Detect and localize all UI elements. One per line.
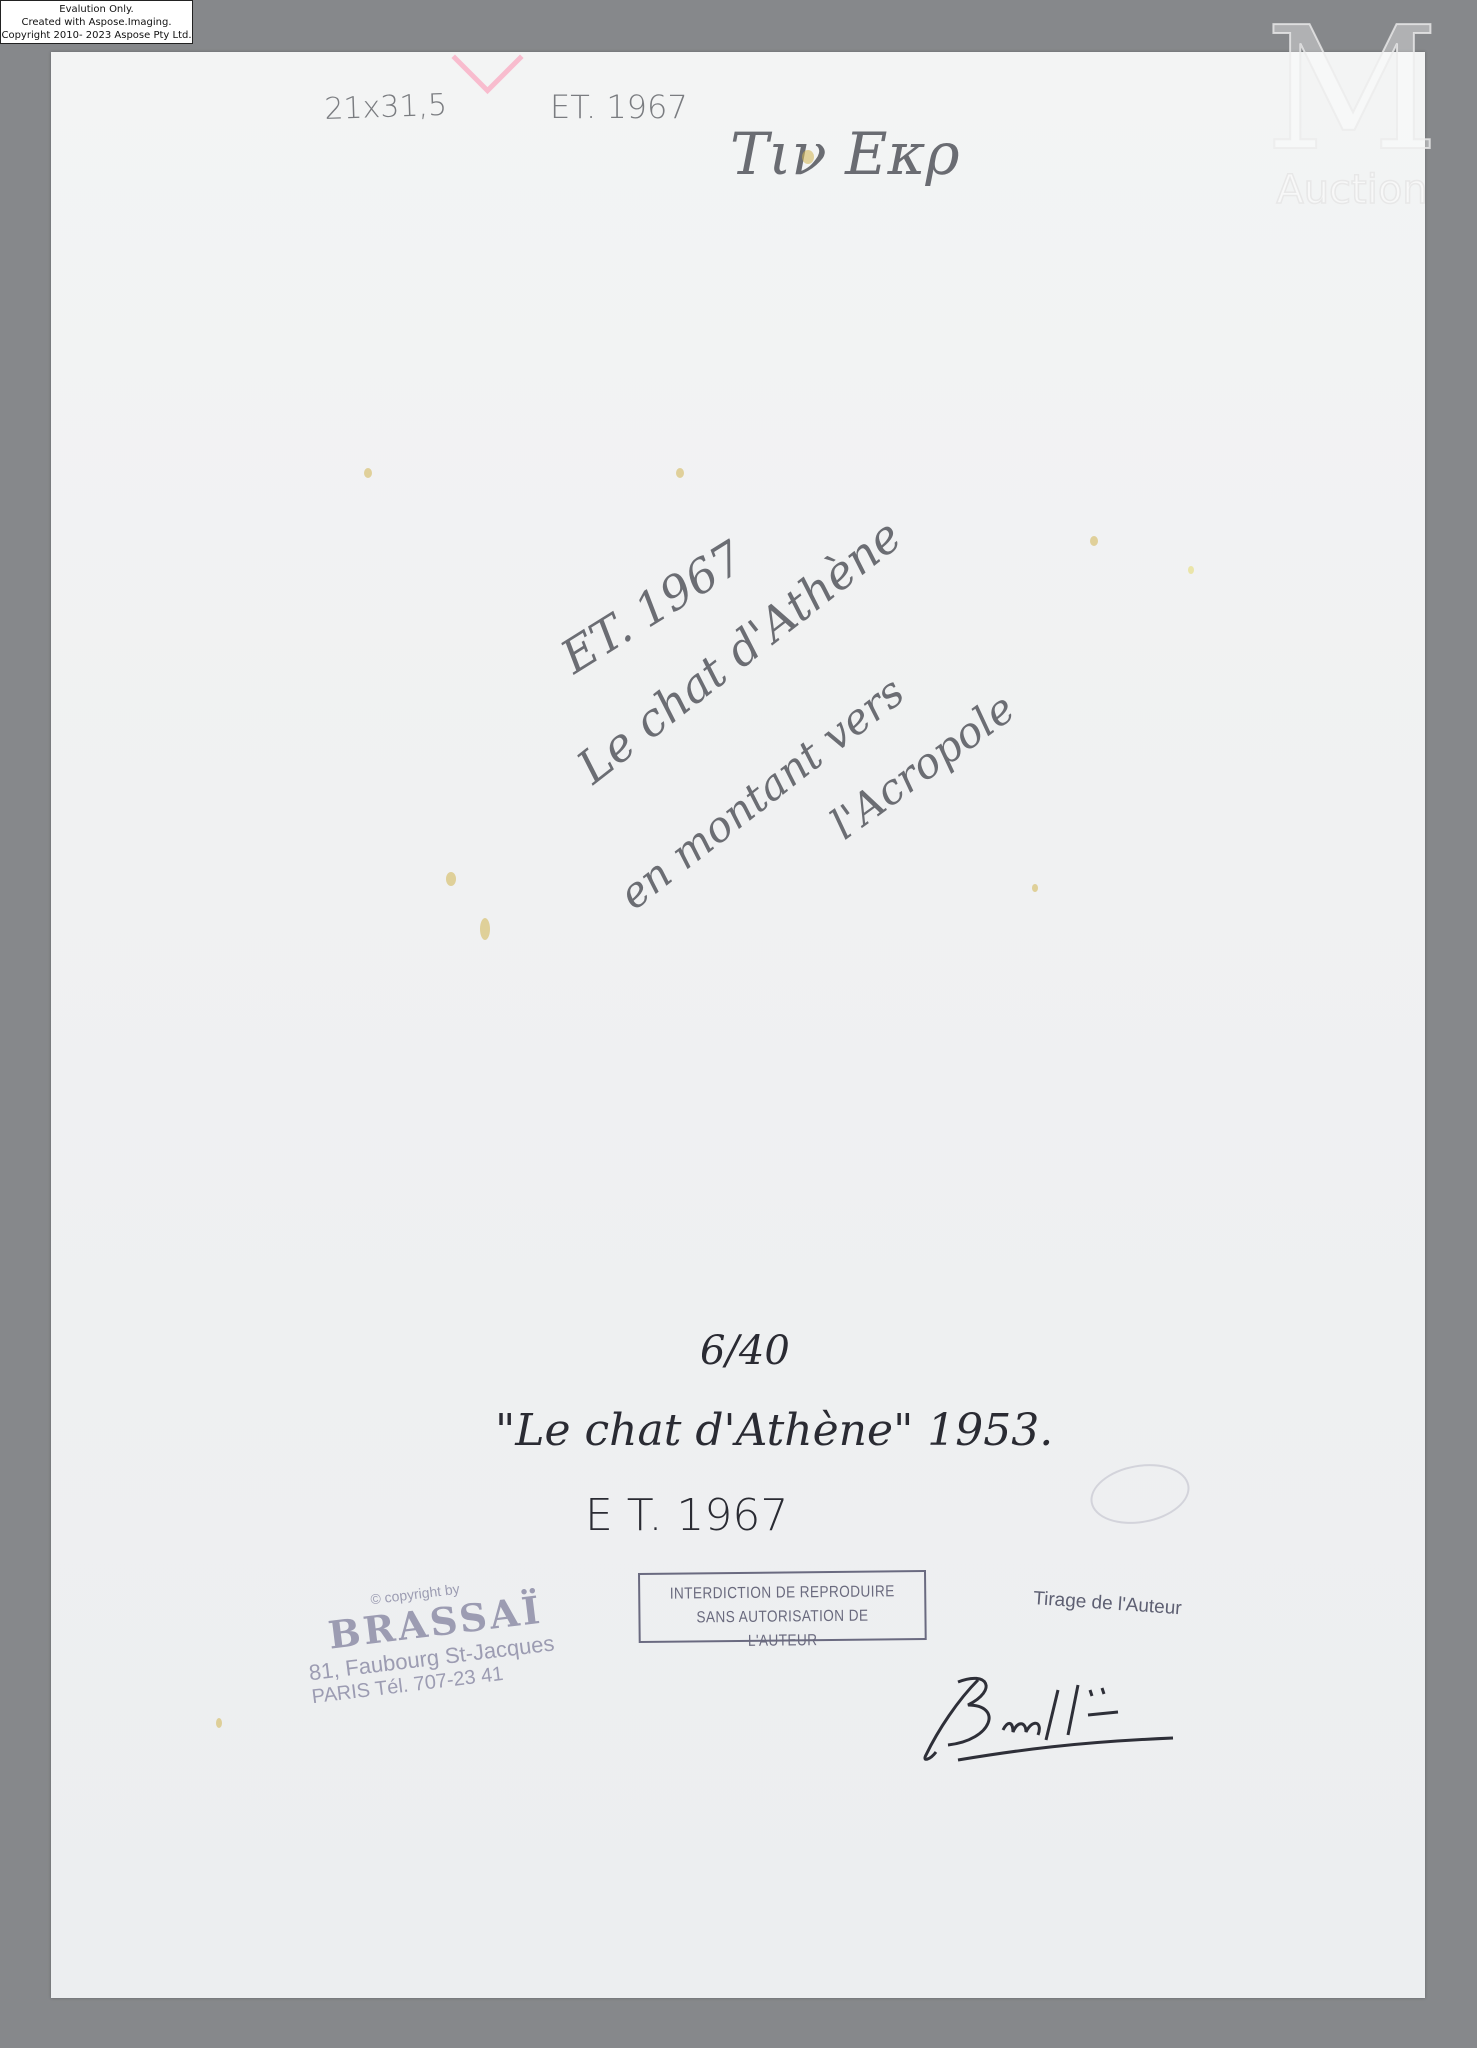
photo-back-paper — [51, 52, 1425, 1998]
paper-stain — [364, 468, 372, 478]
edition-note-bottom: E T. 1967 — [585, 1490, 788, 1541]
logo-letter: M — [1252, 10, 1452, 170]
paper-stain — [1090, 536, 1098, 546]
paper-stain — [1032, 884, 1038, 892]
dimensions-note: 21x31,5 — [324, 88, 448, 127]
brassai-signature — [918, 1660, 1178, 1770]
paper-stain — [480, 918, 490, 940]
interdiction-stamp: INTERDICTION DE REPRODUIRE SANS AUTORISA… — [638, 1570, 927, 1643]
m-auction-logo: M Auction — [1252, 10, 1452, 210]
paper-stain — [676, 468, 684, 478]
logo-word: Auction — [1252, 170, 1452, 210]
paper-stain — [802, 150, 814, 164]
watermark-line: Evalution Only. — [1, 3, 192, 16]
interdiction-line-2: SANS AUTORISATION DE L'AUTEUR — [662, 1604, 904, 1655]
watermark-line: Created with Aspose.Imaging. — [1, 16, 192, 29]
paper-stain — [446, 872, 456, 886]
edition-note-top: ET. 1967 — [550, 88, 688, 126]
photo-title-note: "Le chat d'Athène" 1953. — [495, 1405, 1053, 1456]
evaluation-watermark: Evalution Only. Created with Aspose.Imag… — [0, 0, 193, 44]
watermark-line: Copyright 2010- 2023 Aspose Pty Ltd. — [1, 29, 192, 42]
paper-stain — [1188, 566, 1194, 574]
edition-number: 6/40 — [700, 1328, 790, 1374]
paper-stain — [216, 1718, 222, 1728]
greek-note: Τιν Εκρ — [730, 120, 960, 188]
interdiction-line-1: INTERDICTION DE REPRODUIRE — [661, 1580, 903, 1607]
